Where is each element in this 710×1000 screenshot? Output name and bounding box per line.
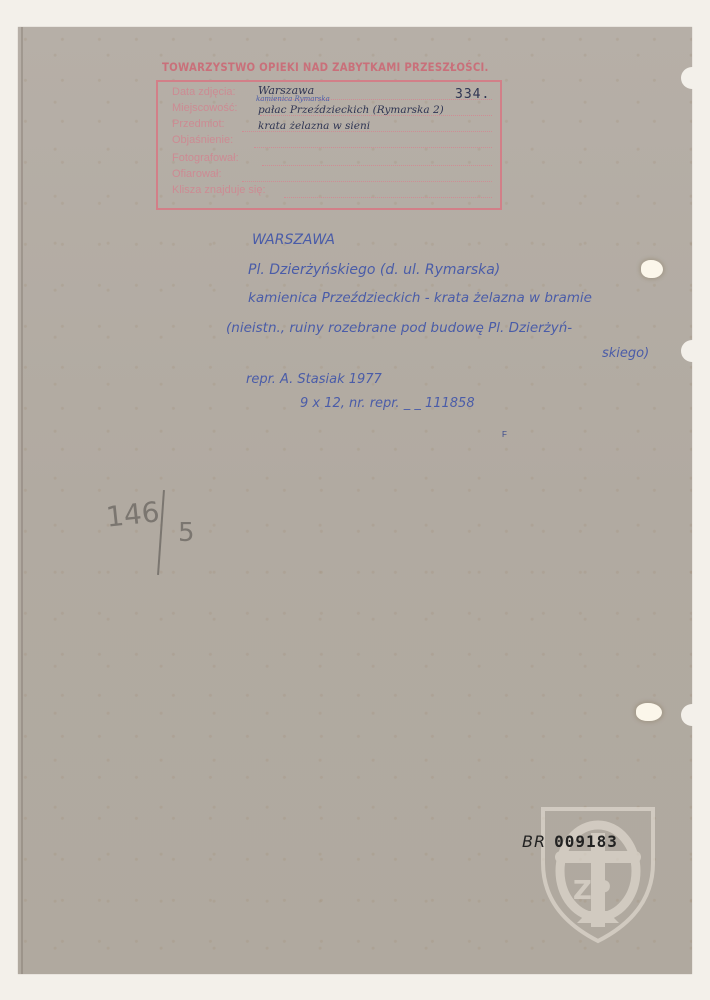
archive-prefix: BR	[522, 832, 546, 851]
pencil-number-top: 146	[104, 495, 161, 533]
stamp-correction: kamienica Rymarska	[256, 95, 330, 103]
stamp-number: 334.	[455, 87, 490, 102]
stamp-field-description: Objaśnienie:	[172, 134, 492, 150]
stamp-value-description: krata żelazna w sieni	[258, 120, 370, 132]
stamp-value-subject: pałac Przeździeckich (Rymarska 2)	[258, 104, 444, 116]
pencil-number-bottom: 5	[178, 518, 195, 548]
svg-text:ZP: ZP	[573, 876, 611, 906]
archive-number-value: 009183	[554, 832, 618, 851]
note-address: Pl. Dzierżyńskiego (d. ul. Rymarska)	[248, 262, 500, 278]
note-reproduction-number: 9 x 12, nr. repr. _ _ 111858	[300, 396, 475, 411]
torn-hole-lower	[636, 703, 662, 721]
punch-notch-bottom	[681, 704, 703, 726]
note-status-cont: skiego)	[602, 346, 649, 361]
torn-hole-upper	[641, 260, 663, 278]
note-status: (nieistn., ruiny rozebrane pod budowę Pl…	[226, 320, 572, 336]
stamp-field-donor: Ofiarował:	[172, 168, 492, 184]
watermark-logo-icon: ZP	[537, 803, 659, 945]
note-city: WARSZAWA	[252, 232, 335, 248]
archive-number: BR009183	[522, 832, 618, 851]
stamp-field-negative-location: Klisza znajduje się:	[172, 184, 492, 200]
stamp-header: TOWARZYSTWO OPIEKI NAD ZABYTKAMI PRZESZŁ…	[162, 60, 470, 74]
stamp-field-photographer: Fotografował:	[172, 152, 492, 168]
note-mark: F	[502, 430, 507, 439]
punch-notch-top	[681, 67, 703, 89]
stamp-field-date: Data zdjęcia:	[172, 86, 492, 102]
note-reproduction: repr. A. Stasiak 1977	[246, 372, 382, 387]
punch-notch-middle	[681, 340, 703, 362]
note-object: kamienica Przeździeckich - krata żelazna…	[248, 290, 592, 306]
